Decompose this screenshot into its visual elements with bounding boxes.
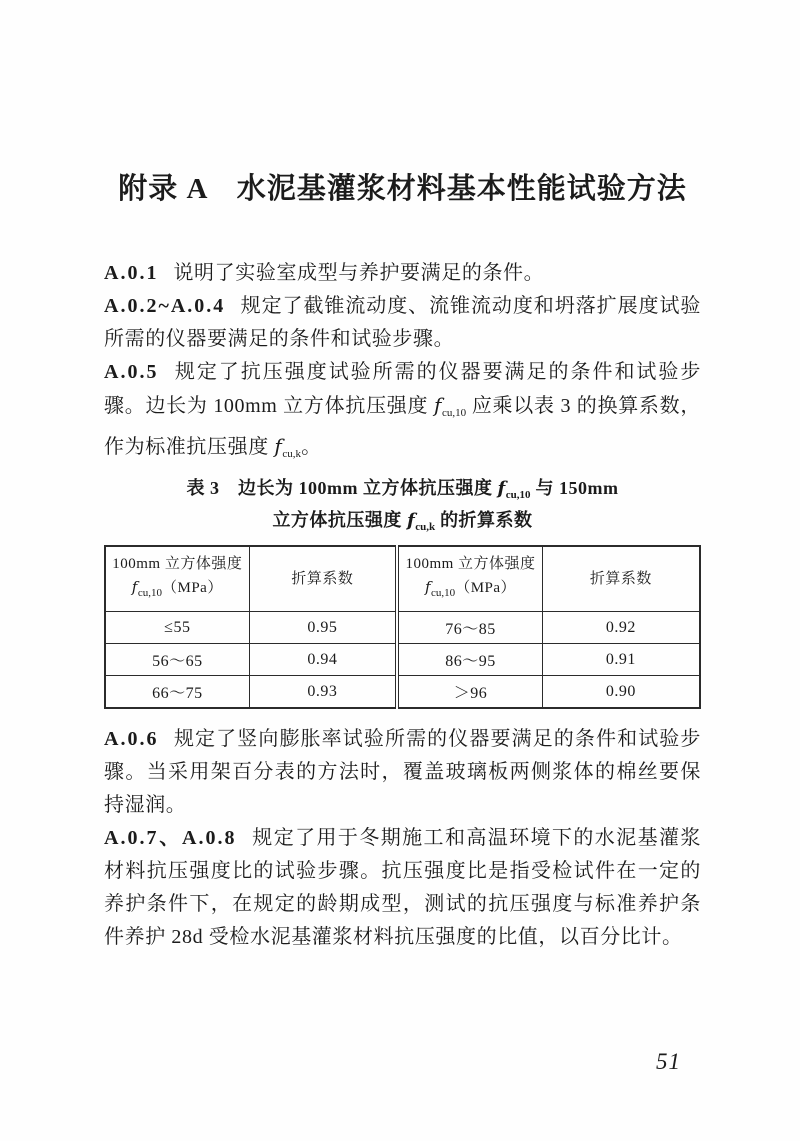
clause-a06-text: 规定了竖向膨胀率试验所需的仪器要满足的条件和试验步骤。当采用架百分表的方法时，覆… <box>104 728 701 816</box>
f-strength-symbol: fcu,10 <box>434 395 466 417</box>
clause-a01-label: A.0.1 <box>104 262 158 284</box>
table-cell: 56～65 <box>105 644 249 676</box>
table-caption-line2: 立方体抗压强度 fcu,k 的折算系数 <box>104 508 701 540</box>
table-cell: 0.94 <box>249 644 397 676</box>
f-strength-symbol: fcu,10 <box>498 478 531 498</box>
clause-a05-label: A.0.5 <box>104 361 158 383</box>
conversion-coefficient-table: 100mm 立方体强度 fcu,10（MPa） 折算系数 100mm 立方体强度… <box>104 545 701 709</box>
table-cell: 0.93 <box>249 676 397 709</box>
table-row-1: ≤55 0.95 76～85 0.92 <box>105 612 700 644</box>
table-cell: ＞96 <box>397 676 542 709</box>
text-block: 附录 A 水泥基灌浆材料基本性能试验方法 A.0.1说明了实验室成型与养护要满足… <box>104 166 701 954</box>
table-caption-line1: 表 3 边长为 100mm 立方体抗压强度 fcu,10 与 150mm <box>104 476 701 508</box>
page-title: 附录 A 水泥基灌浆材料基本性能试验方法 <box>104 166 701 207</box>
f-strength-symbol: fcu,k <box>274 436 301 458</box>
clause-a05: A.0.5规定了抗压强度试验所需的仪器要满足的条件和试验步骤。边长为 100mm… <box>104 356 701 471</box>
header-strength-left-line1: 100mm 立方体强度 <box>106 553 249 576</box>
page-number: 51 <box>656 1049 681 1075</box>
table-header-row: 100mm 立方体强度 fcu,10（MPa） 折算系数 100mm 立方体强度… <box>105 546 700 612</box>
header-strength-left-line2: fcu,10（MPa） <box>106 576 249 605</box>
clause-a02-a04-label: A.0.2~A.0.4 <box>104 295 225 317</box>
table-cell: ≤55 <box>105 612 249 644</box>
table-cell: 86～95 <box>397 644 542 676</box>
table-cell: 0.95 <box>249 612 397 644</box>
header-coeff-left: 折算系数 <box>249 546 397 612</box>
table-row-2: 56～65 0.94 86～95 0.91 <box>105 644 700 676</box>
header-coeff-right: 折算系数 <box>542 546 700 612</box>
header-strength-right-line1: 100mm 立方体强度 <box>399 553 542 576</box>
header-strength-right: 100mm 立方体强度 fcu,10（MPa） <box>397 546 542 612</box>
f-strength-symbol: fcu,10 <box>425 580 455 596</box>
clause-a01: A.0.1说明了实验室成型与养护要满足的条件。 <box>104 257 701 290</box>
table-cell: 0.90 <box>542 676 700 709</box>
document-page: 附录 A 水泥基灌浆材料基本性能试验方法 A.0.1说明了实验室成型与养护要满足… <box>0 0 800 1141</box>
clause-a07-a08: A.0.7、A.0.8规定了用于冬期施工和高温环境下的水泥基灌浆材料抗压强度比的… <box>104 822 701 954</box>
header-strength-left: 100mm 立方体强度 fcu,10（MPa） <box>105 546 249 612</box>
clause-a07-a08-label: A.0.7、A.0.8 <box>104 827 237 849</box>
clause-a01-text: 说明了实验室成型与养护要满足的条件。 <box>173 262 544 284</box>
header-strength-right-line2: fcu,10（MPa） <box>399 576 542 605</box>
f-strength-symbol: fcu,k <box>407 510 435 530</box>
f-strength-symbol: fcu,10 <box>132 580 162 596</box>
table-caption: 表 3 边长为 100mm 立方体抗压强度 fcu,10 与 150mm 立方体… <box>104 476 701 540</box>
clause-a06-label: A.0.6 <box>104 728 158 750</box>
clause-a05-text: 规定了抗压强度试验所需的仪器要满足的条件和试验步骤。边长为 100mm 立方体抗… <box>104 361 701 458</box>
clause-a02-a04: A.0.2~A.0.4规定了截锥流动度、流锥流动度和坍落扩展度试验所需的仪器要满… <box>104 290 701 356</box>
table-cell: 76～85 <box>397 612 542 644</box>
clause-a06: A.0.6规定了竖向膨胀率试验所需的仪器要满足的条件和试验步骤。当采用架百分表的… <box>104 723 701 822</box>
table-row-3: 66～75 0.93 ＞96 0.90 <box>105 676 700 709</box>
table-cell: 0.92 <box>542 612 700 644</box>
table-cell: 66～75 <box>105 676 249 709</box>
table-cell: 0.91 <box>542 644 700 676</box>
